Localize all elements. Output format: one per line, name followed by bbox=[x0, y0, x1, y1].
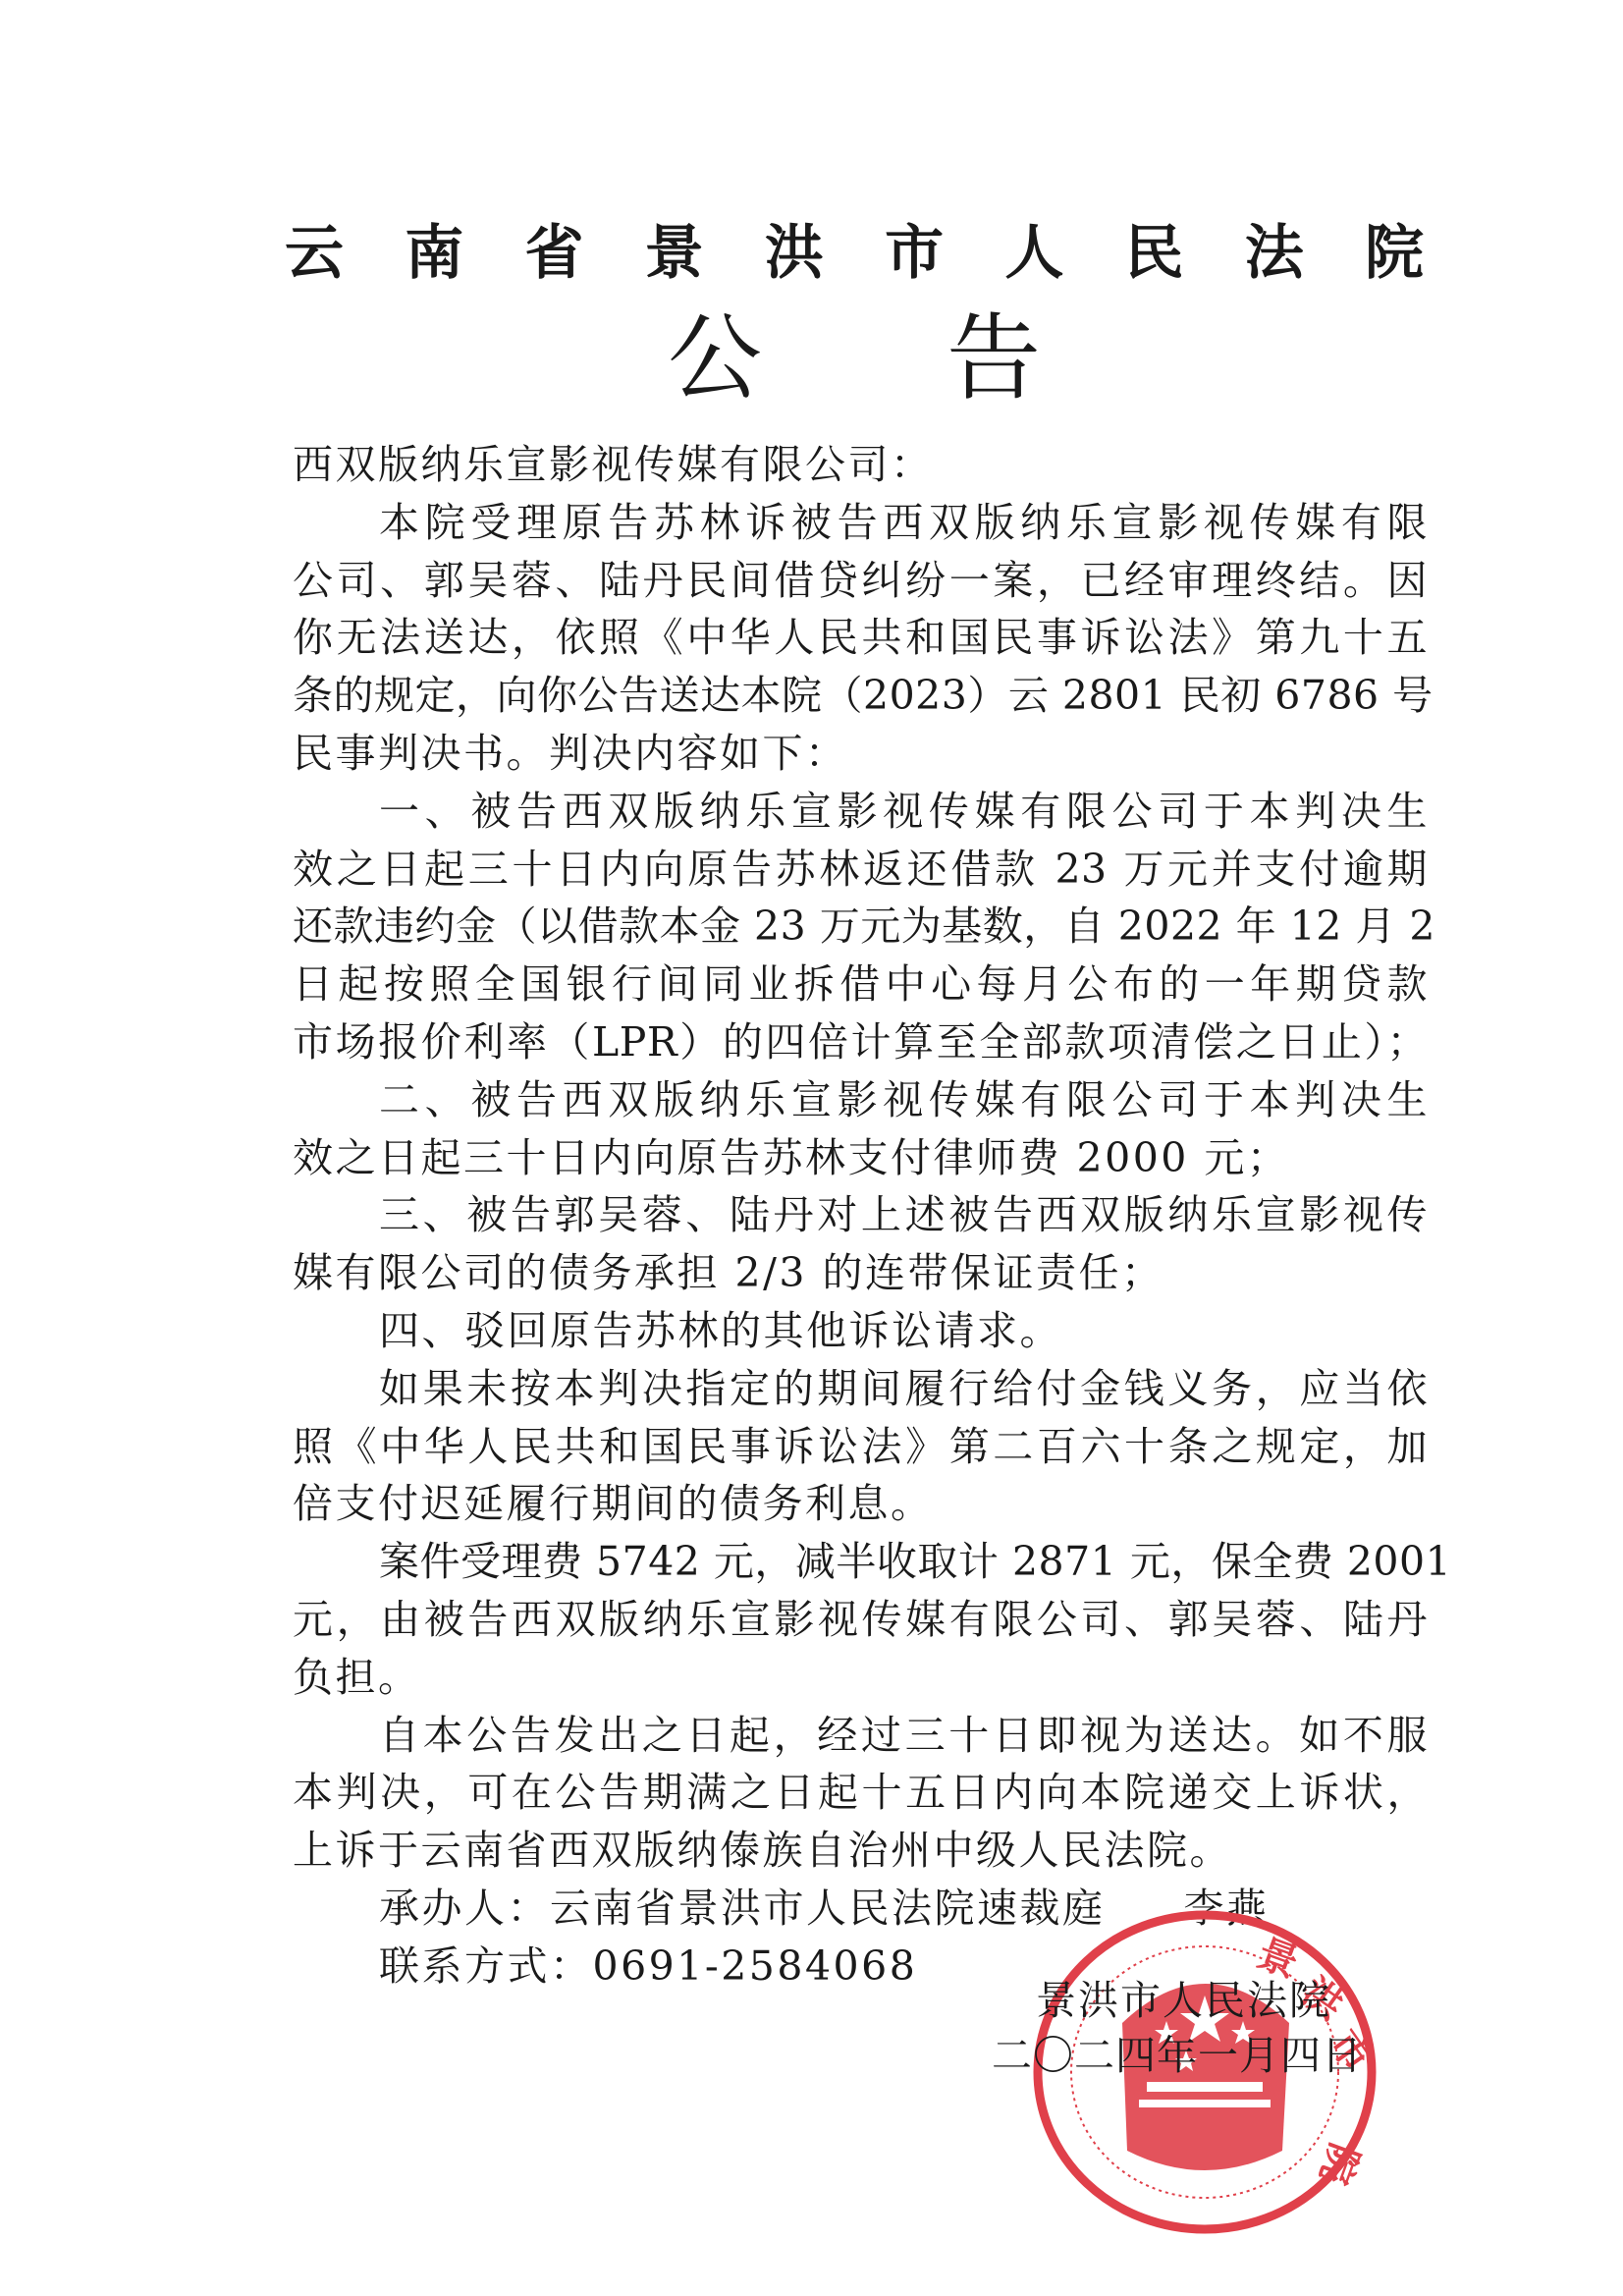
court-name-char: 法 bbox=[1245, 218, 1304, 289]
addressee: 西双版纳乐宣影视传媒有限公司： bbox=[293, 436, 1428, 494]
court-name-char: 景 bbox=[645, 218, 704, 289]
judgment-item-2: 二、被告西双版纳乐宣影视传媒有限公司于本判决生 bbox=[293, 1071, 1428, 1129]
court-name-char: 人 bbox=[1004, 218, 1063, 289]
paragraph-line: 公司、郭吴蓉、陆丹民间借贷纠纷一案，已经审理终结。因 bbox=[293, 552, 1428, 610]
paragraph-line: 倍支付迟延履行期间的债务利息。 bbox=[293, 1475, 1428, 1533]
paragraph-line: 照《中华人民共和国民事诉讼法》第二百六十条之规定，加 bbox=[293, 1418, 1428, 1476]
court-name-char: 民 bbox=[1125, 218, 1184, 289]
paragraph-line: 媒有限公司的债务承担 2/3 的连带保证责任； bbox=[293, 1244, 1428, 1302]
signature-date: 二〇二四年一月四日 bbox=[992, 2031, 1363, 2080]
paragraph-line: 负担。 bbox=[293, 1649, 1428, 1707]
court-name-char: 南 bbox=[405, 218, 463, 289]
court-name-char: 省 bbox=[524, 218, 583, 289]
paragraph-line: 元，由被告西双版纳乐宣影视传媒有限公司、郭吴蓉、陆丹 bbox=[293, 1591, 1428, 1649]
court-name-heading: 云 南 省 景 洪 市 人 民 法 院 bbox=[285, 218, 1424, 289]
paragraph-line: 效之日起三十日内向原告苏林返还借款 23 万元并支付逾期 bbox=[293, 841, 1428, 899]
document-title: 公 告 bbox=[668, 304, 1041, 412]
title-char: 告 bbox=[947, 304, 1041, 412]
paragraph-line: 日起按照全国银行间同业拆借中心每月公布的一年期贷款 bbox=[293, 956, 1428, 1013]
judgment-item-3: 三、被告郭吴蓉、陆丹对上述被告西双版纳乐宣影视传 bbox=[293, 1186, 1428, 1244]
notice-body: 西双版纳乐宣影视传媒有限公司： 本院受理原告苏林诉被告西双版纳乐宣影视传媒有限 … bbox=[293, 436, 1428, 1995]
paragraph-line: 本判决，可在公告期满之日起十五日内向本院递交上诉状， bbox=[293, 1764, 1428, 1822]
signature-court: 景洪市人民法院 bbox=[1036, 1976, 1331, 2025]
paragraph-line: 还款违约金（以借款本金 23 万元为基数，自 2022 年 12 月 2 bbox=[293, 898, 1428, 956]
paragraph-line: 效之日起三十日内向原告苏林支付律师费 2000 元； bbox=[293, 1129, 1428, 1187]
paragraph-line: 本院受理原告苏林诉被告西双版纳乐宣影视传媒有限 bbox=[293, 494, 1428, 552]
judgment-item-1: 一、被告西双版纳乐宣影视传媒有限公司于本判决生 bbox=[293, 783, 1428, 841]
paragraph-line: 民事判决书。判决内容如下： bbox=[293, 725, 1428, 783]
court-name-char: 院 bbox=[1365, 218, 1424, 289]
paragraph-line: 如果未按本判决指定的期间履行给付金钱义务，应当依 bbox=[293, 1360, 1428, 1418]
court-name-char: 洪 bbox=[765, 218, 824, 289]
handler-label: 承办人：云南省景洪市人民法院速裁庭 bbox=[379, 1885, 1106, 1932]
service-paragraph: 自本公告发出之日起，经过三十日即视为送达。如不服 bbox=[293, 1707, 1428, 1765]
paragraph-line: 市场报价利率（LPR）的四倍计算至全部款项清偿之日止）； bbox=[293, 1013, 1428, 1071]
court-name-char: 市 bbox=[885, 218, 944, 289]
paragraph-line: 上诉于云南省西双版纳傣族自治州中级人民法院。 bbox=[293, 1822, 1428, 1880]
court-name-char: 云 bbox=[285, 218, 344, 289]
paragraph-line: 你无法送达，依照《中华人民共和国民事诉讼法》第九十五 bbox=[293, 609, 1428, 667]
judgment-item-4: 四、驳回原告苏林的其他诉讼请求。 bbox=[293, 1302, 1428, 1360]
fees-paragraph: 案件受理费 5742 元，减半收取计 2871 元，保全费 2001 bbox=[293, 1533, 1428, 1591]
title-char: 公 bbox=[668, 304, 762, 412]
paragraph-line: 条的规定，向你公告送达本院（2023）云 2801 民初 6786 号 bbox=[293, 667, 1428, 725]
